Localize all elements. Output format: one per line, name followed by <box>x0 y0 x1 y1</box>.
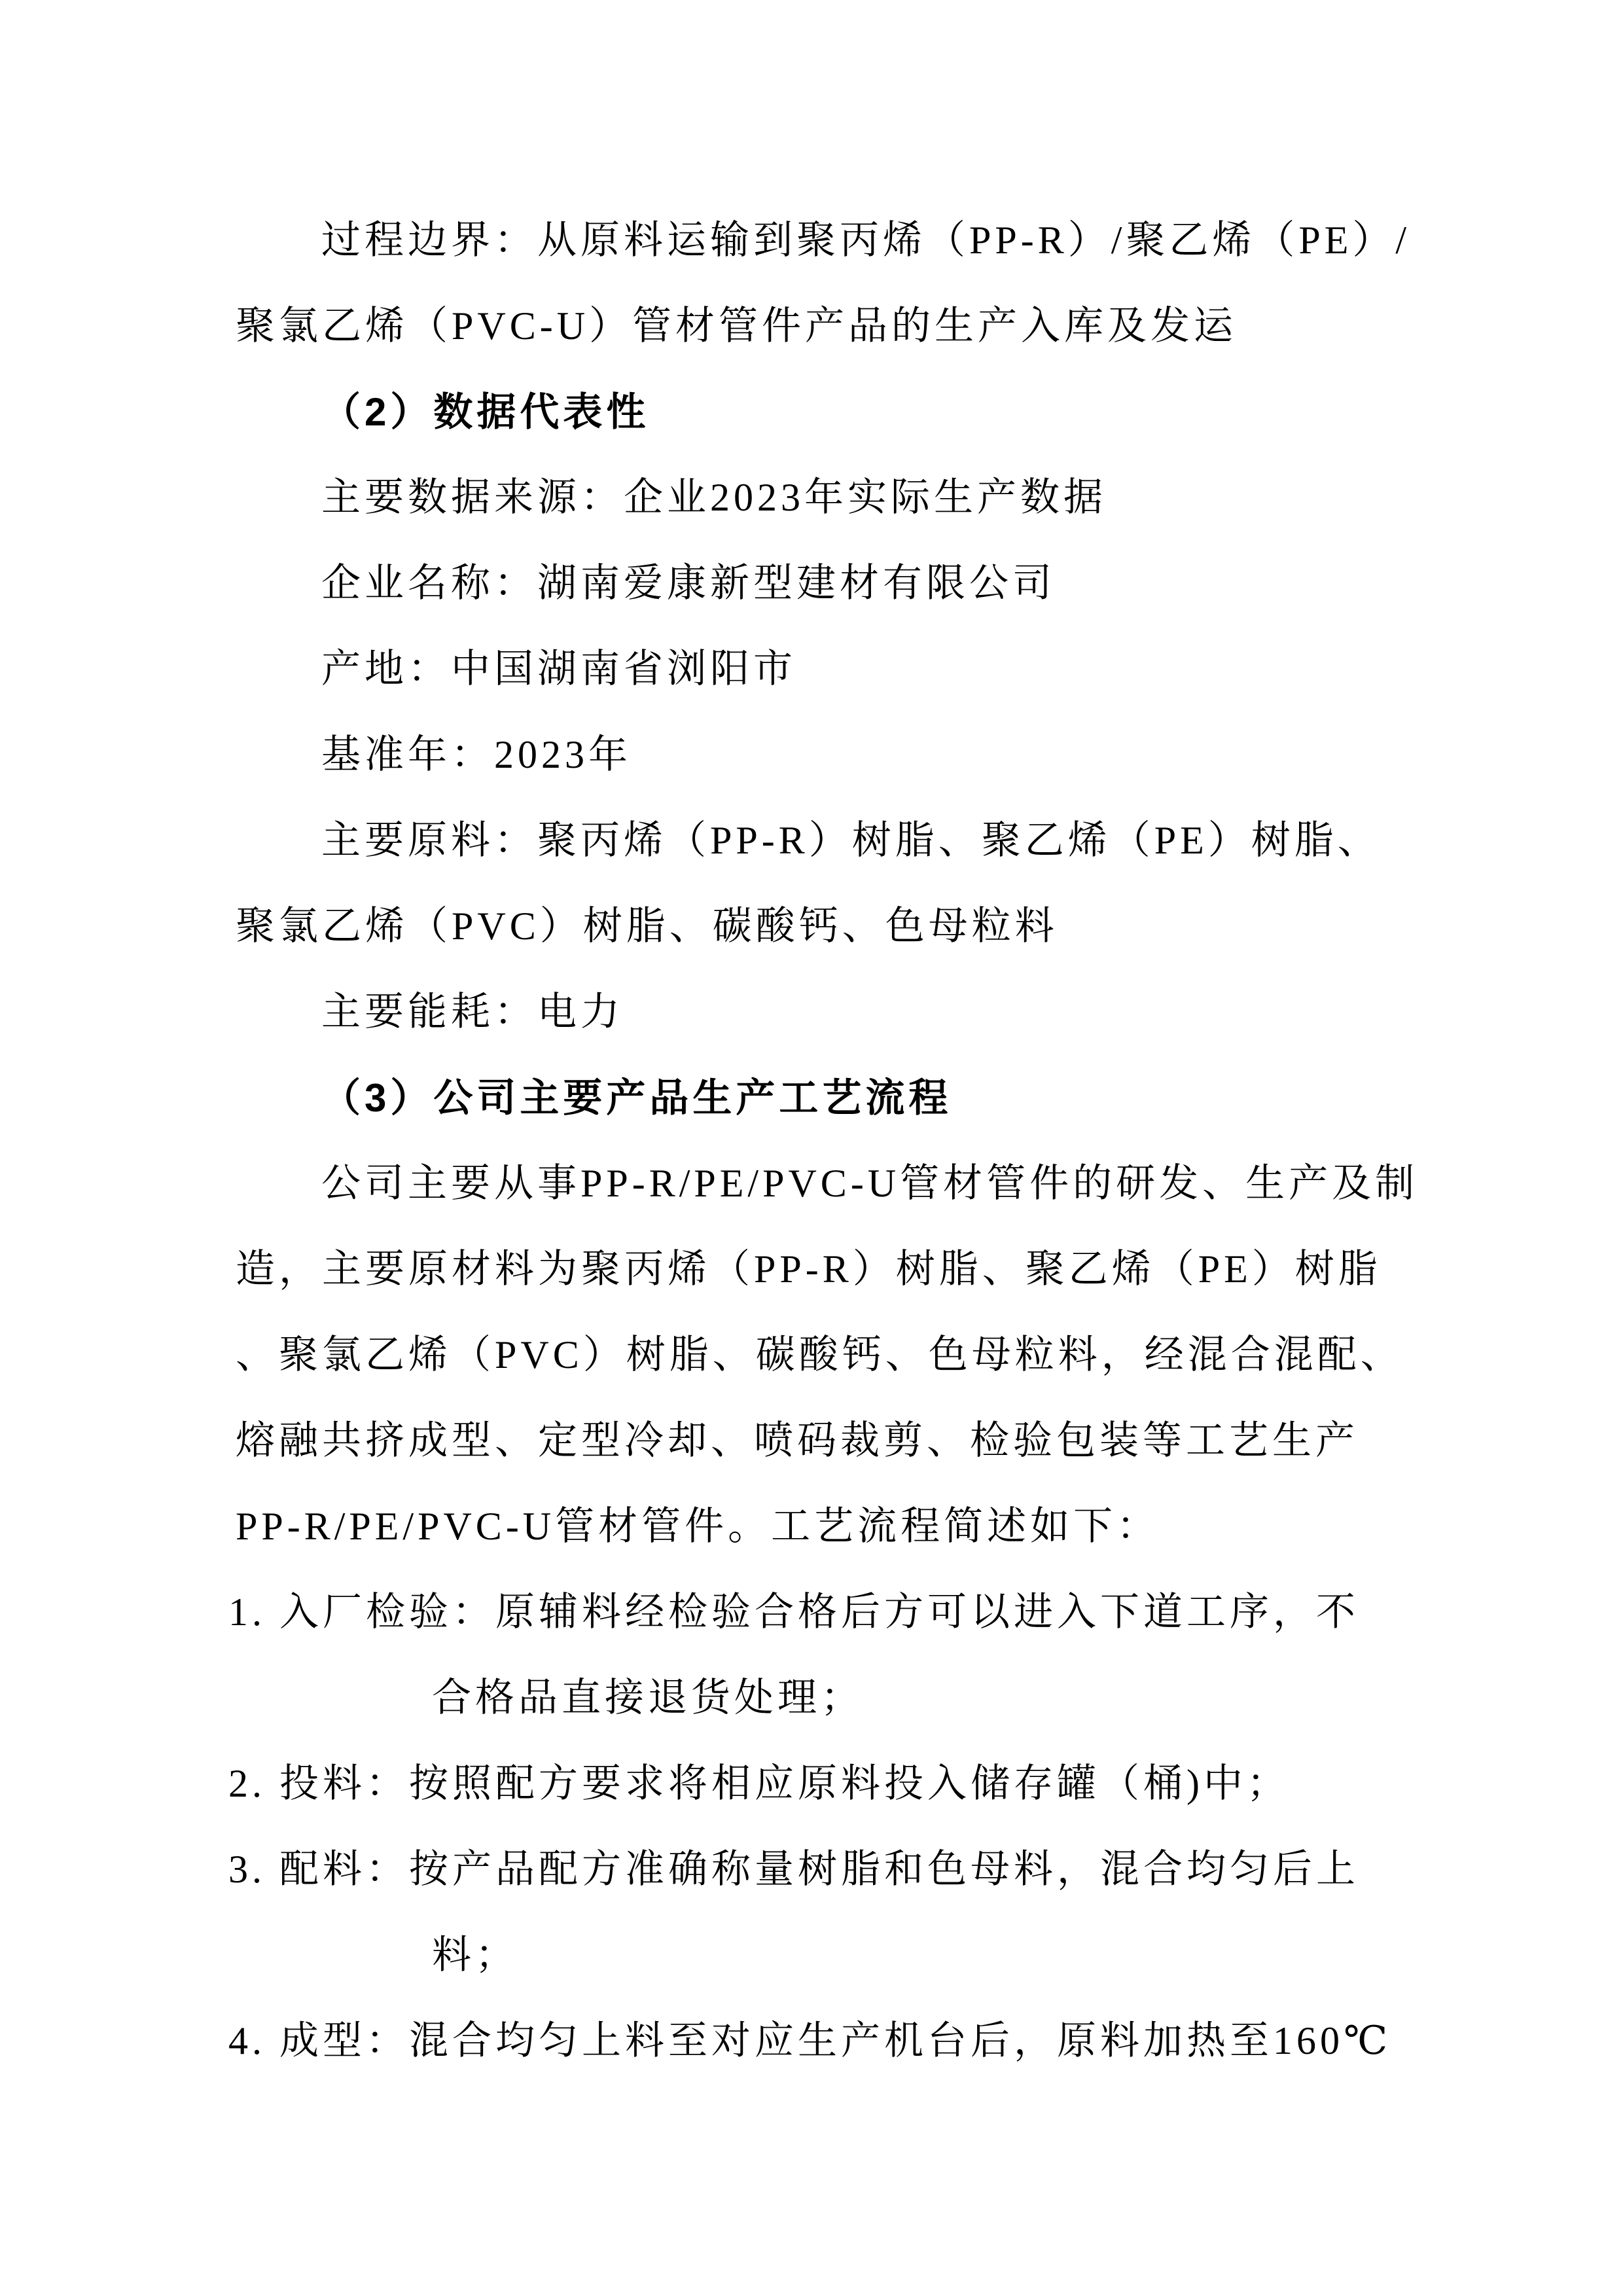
process-step-line: 1. 入厂检验：原辅料经检验合格后方可以进入下道工序，不 <box>228 1570 1395 1655</box>
process-step-continuation: 料； <box>236 1912 1395 1998</box>
process-step-line: 4. 成型：混合均匀上料至对应生产机台后，原料加热至160℃ <box>228 1998 1395 2084</box>
paragraph-line: 、聚氯乙烯（PVC）树脂、碳酸钙、色母粒料，经混合混配、 <box>236 1312 1395 1398</box>
paragraph-line: 主要能耗：电力 <box>236 969 1395 1055</box>
paragraph-line: 基准年：2023年 <box>236 712 1395 798</box>
paragraph-line: 过程边界：从原料运输到聚丙烯（PP-R）/聚乙烯（PE）/ <box>236 198 1395 283</box>
paragraph-line: 公司主要从事PP-R/PE/PVC-U管材管件的研发、生产及制 <box>236 1141 1395 1227</box>
paragraph-line: 聚氯乙烯（PVC-U）管材管件产品的生产入库及发运 <box>236 283 1395 369</box>
paragraph-line: 企业名称：湖南爱康新型建材有限公司 <box>236 541 1395 626</box>
paragraph-line: 主要数据来源：企业2023年实际生产数据 <box>236 455 1395 541</box>
paragraph-line: 聚氯乙烯（PVC）树脂、碳酸钙、色母粒料 <box>236 884 1395 969</box>
paragraph-line: 造，主要原材料为聚丙烯（PP-R）树脂、聚乙烯（PE）树脂 <box>236 1227 1395 1312</box>
process-step-continuation: 合格品直接退货处理； <box>236 1655 1395 1741</box>
section-heading-3: （3）公司主要产品生产工艺流程 <box>236 1055 1395 1141</box>
paragraph-line: 熔融共挤成型、定型冷却、喷码裁剪、检验包装等工艺生产 <box>236 1398 1395 1484</box>
process-step-line: 3. 配料：按产品配方准确称量树脂和色母料，混合均匀后上 <box>228 1827 1395 1912</box>
paragraph-line: 产地：中国湖南省浏阳市 <box>236 626 1395 712</box>
process-step-line: 2. 投料：按照配方要求将相应原料投入储存罐（桶)中； <box>228 1741 1395 1827</box>
document-body: 过程边界：从原料运输到聚丙烯（PP-R）/聚乙烯（PE）/ 聚氯乙烯（PVC-U… <box>236 198 1395 2084</box>
paragraph-line: PP-R/PE/PVC-U管材管件。工艺流程简述如下： <box>236 1484 1395 1570</box>
paragraph-line: 主要原料：聚丙烯（PP-R）树脂、聚乙烯（PE）树脂、 <box>236 798 1395 884</box>
section-heading-2: （2）数据代表性 <box>236 369 1395 455</box>
document-page: 过程边界：从原料运输到聚丙烯（PP-R）/聚乙烯（PE）/ 聚氯乙烯（PVC-U… <box>0 0 1623 2296</box>
